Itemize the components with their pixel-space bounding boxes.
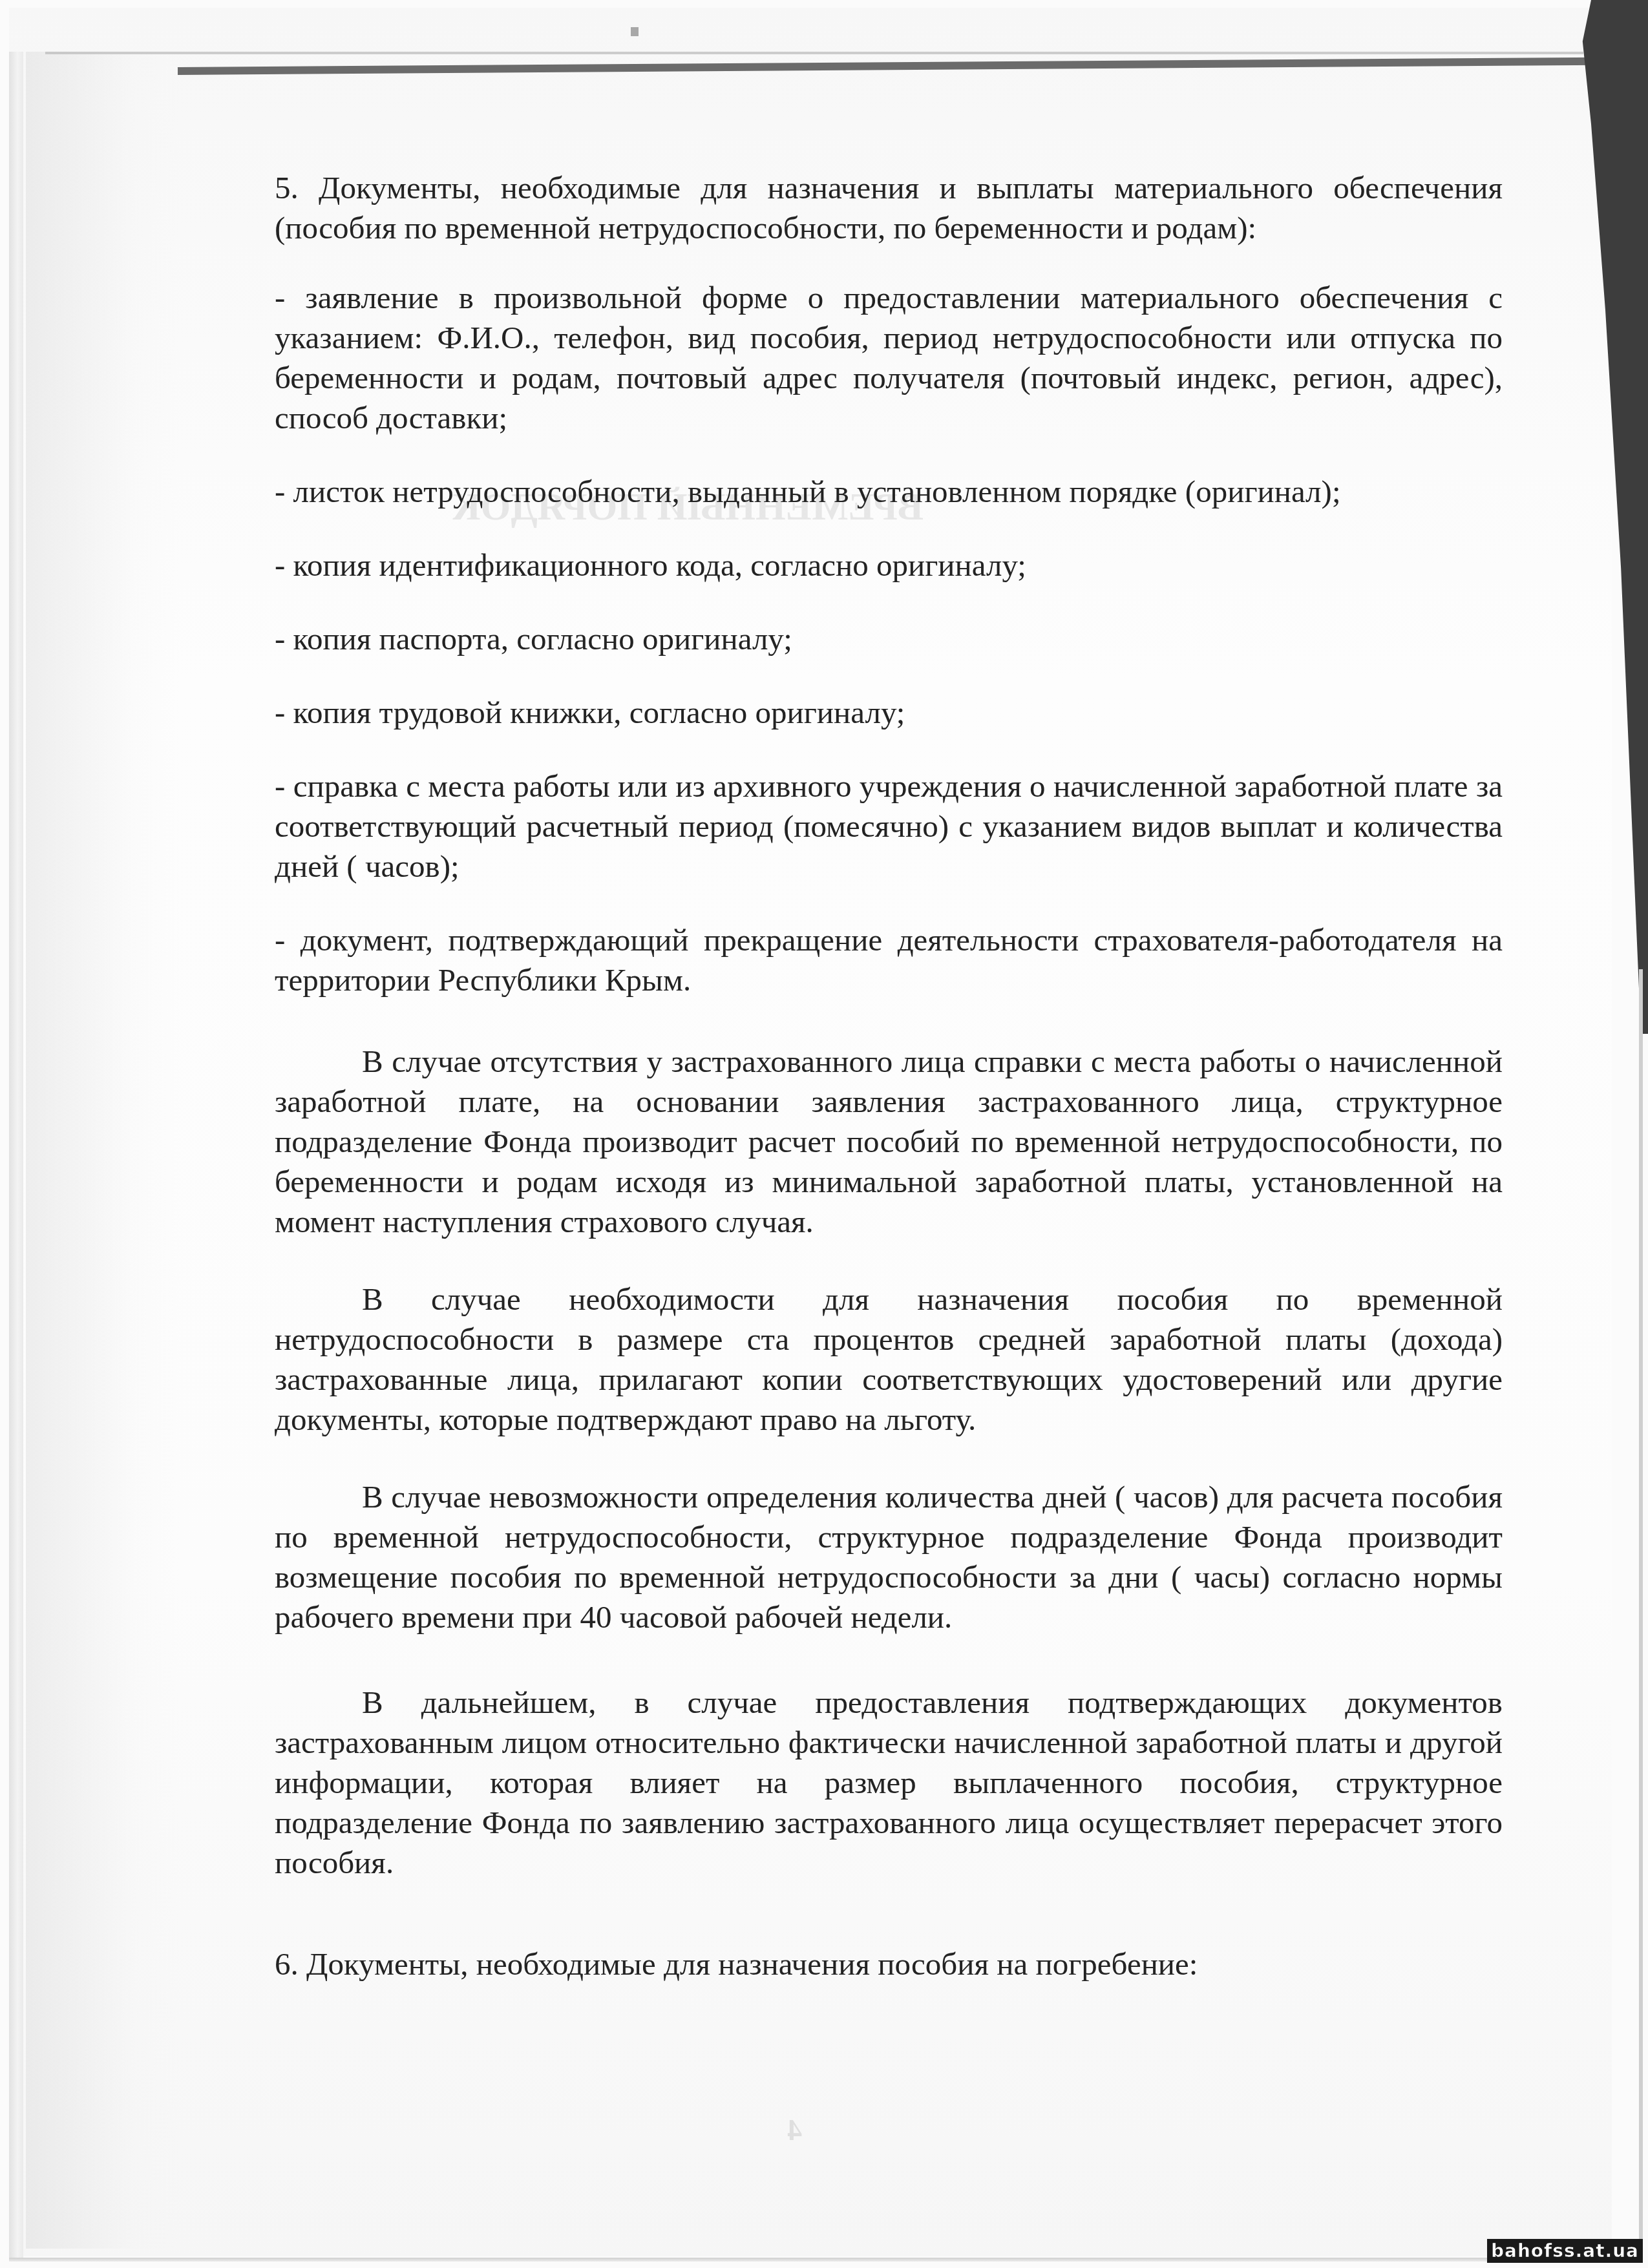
list-item: - копия идентификационного кода, согласн… (275, 545, 1503, 585)
list-item: - документ, подтверждающий прекращение д… (275, 920, 1503, 1000)
right-page-edge (1639, 969, 1643, 2255)
bleed-through-page-number: 4 (787, 2113, 802, 2147)
list-item: - копия паспорта, согласно оригиналу; (275, 619, 1503, 659)
list-item: - листок нетрудоспособности, выданный в … (275, 472, 1503, 512)
bottom-page-edge (9, 2258, 1638, 2262)
left-scan-shadow (26, 52, 181, 2249)
section-6-heading: 6. Документы, необходимые для назначения… (275, 1944, 1503, 1984)
document-body: 5. Документы, необходимые для назначения… (275, 168, 1503, 1984)
paragraph: В случае невозможности определения колич… (275, 1477, 1503, 1637)
left-binding-edge (9, 52, 23, 2262)
paragraph: В дальнейшем, в случае предоставления по… (275, 1683, 1503, 1883)
list-item: - заявление в произвольной форме о предо… (275, 278, 1503, 438)
list-item: - справка с места работы или из архивног… (275, 766, 1503, 887)
top-fold-line (45, 52, 1583, 54)
scanned-page: ВРЕМЕННЫЙ ПОРЯДОК 4 5. Документы, необхо… (0, 0, 1648, 2268)
list-item: - копия трудовой книжки, согласно оригин… (275, 693, 1503, 733)
scan-speck (631, 27, 639, 36)
paragraph: В случае необходимости для назначения по… (275, 1279, 1503, 1440)
paragraph: В случае отсутствия у застрахованного ли… (275, 1042, 1503, 1242)
section-5-heading: 5. Документы, необходимые для назначения… (275, 168, 1503, 248)
site-watermark: bahofss.at.ua (1487, 2239, 1643, 2263)
